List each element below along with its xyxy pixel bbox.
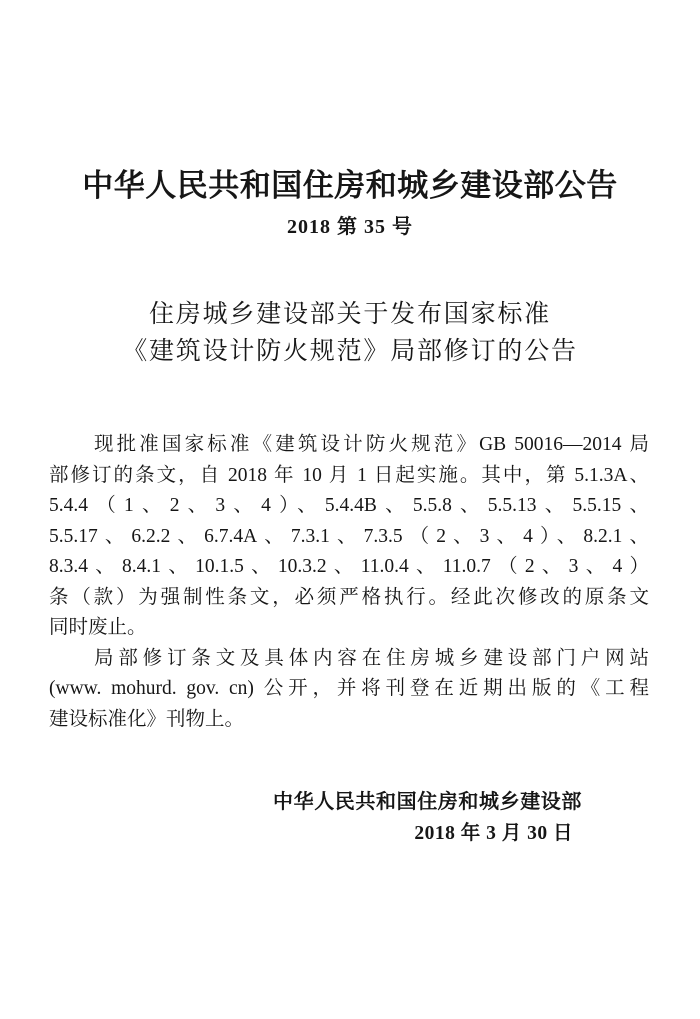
paragraph-2-line: 局部修订条文及具体内容在住房城乡建设部门户网站 <box>49 644 649 675</box>
paragraph-2-line: (www. mohurd. gov. cn) 公开，并将刊登在近期出版的《工程 <box>49 674 649 705</box>
issue-date: 2018 年 3 月 30 日 <box>414 822 573 846</box>
subject-title-line2: 《建筑设计防火规范》局部修订的公告 <box>0 333 700 370</box>
document-number: 2018 第 35 号 <box>0 214 700 240</box>
issuing-authority-signature: 中华人民共和国住房和城乡建设部 <box>273 790 582 814</box>
announcement-page: 中华人民共和国住房和城乡建设部公告 2018 第 35 号 住房城乡建设部关于发… <box>0 0 700 1019</box>
paragraph-1-line: 8.3.4、8.4.1、10.1.5、10.3.2、11.0.4、11.0.7（… <box>49 552 649 583</box>
paragraph-1-line: 5.4.4（1、2、3、4）、5.4.4B、5.5.8、5.5.13、5.5.1… <box>49 491 649 522</box>
paragraph-1-line: 条（款）为强制性条文，必须严格执行。经此次修改的原条文 <box>49 583 649 614</box>
paragraph-2: 局部修订条文及具体内容在住房城乡建设部门户网站 (www. mohurd. go… <box>49 644 649 736</box>
page-title: 中华人民共和国住房和城乡建设部公告 <box>0 168 700 204</box>
paragraph-1-line: 5.5.17、6.2.2、6.7.4A、7.3.1、7.3.5（2、3、4）、8… <box>49 522 649 553</box>
subject-title: 住房城乡建设部关于发布国家标准 《建筑设计防火规范》局部修订的公告 <box>0 296 700 370</box>
body-text: 现批准国家标准《建筑设计防火规范》GB 50016—2014 局 部修订的条文，… <box>49 430 649 735</box>
paragraph-1-line: 同时废止。 <box>49 613 649 644</box>
subject-title-line1: 住房城乡建设部关于发布国家标准 <box>0 296 700 333</box>
paragraph-2-line: 建设标准化》刊物上。 <box>49 705 649 736</box>
paragraph-1: 现批准国家标准《建筑设计防火规范》GB 50016—2014 局 部修订的条文，… <box>49 430 649 644</box>
paragraph-1-line: 现批准国家标准《建筑设计防火规范》GB 50016—2014 局 <box>49 430 649 461</box>
paragraph-1-line: 部修订的条文，自 2018 年 10 月 1 日起实施。其中，第 5.1.3A、 <box>49 461 649 492</box>
